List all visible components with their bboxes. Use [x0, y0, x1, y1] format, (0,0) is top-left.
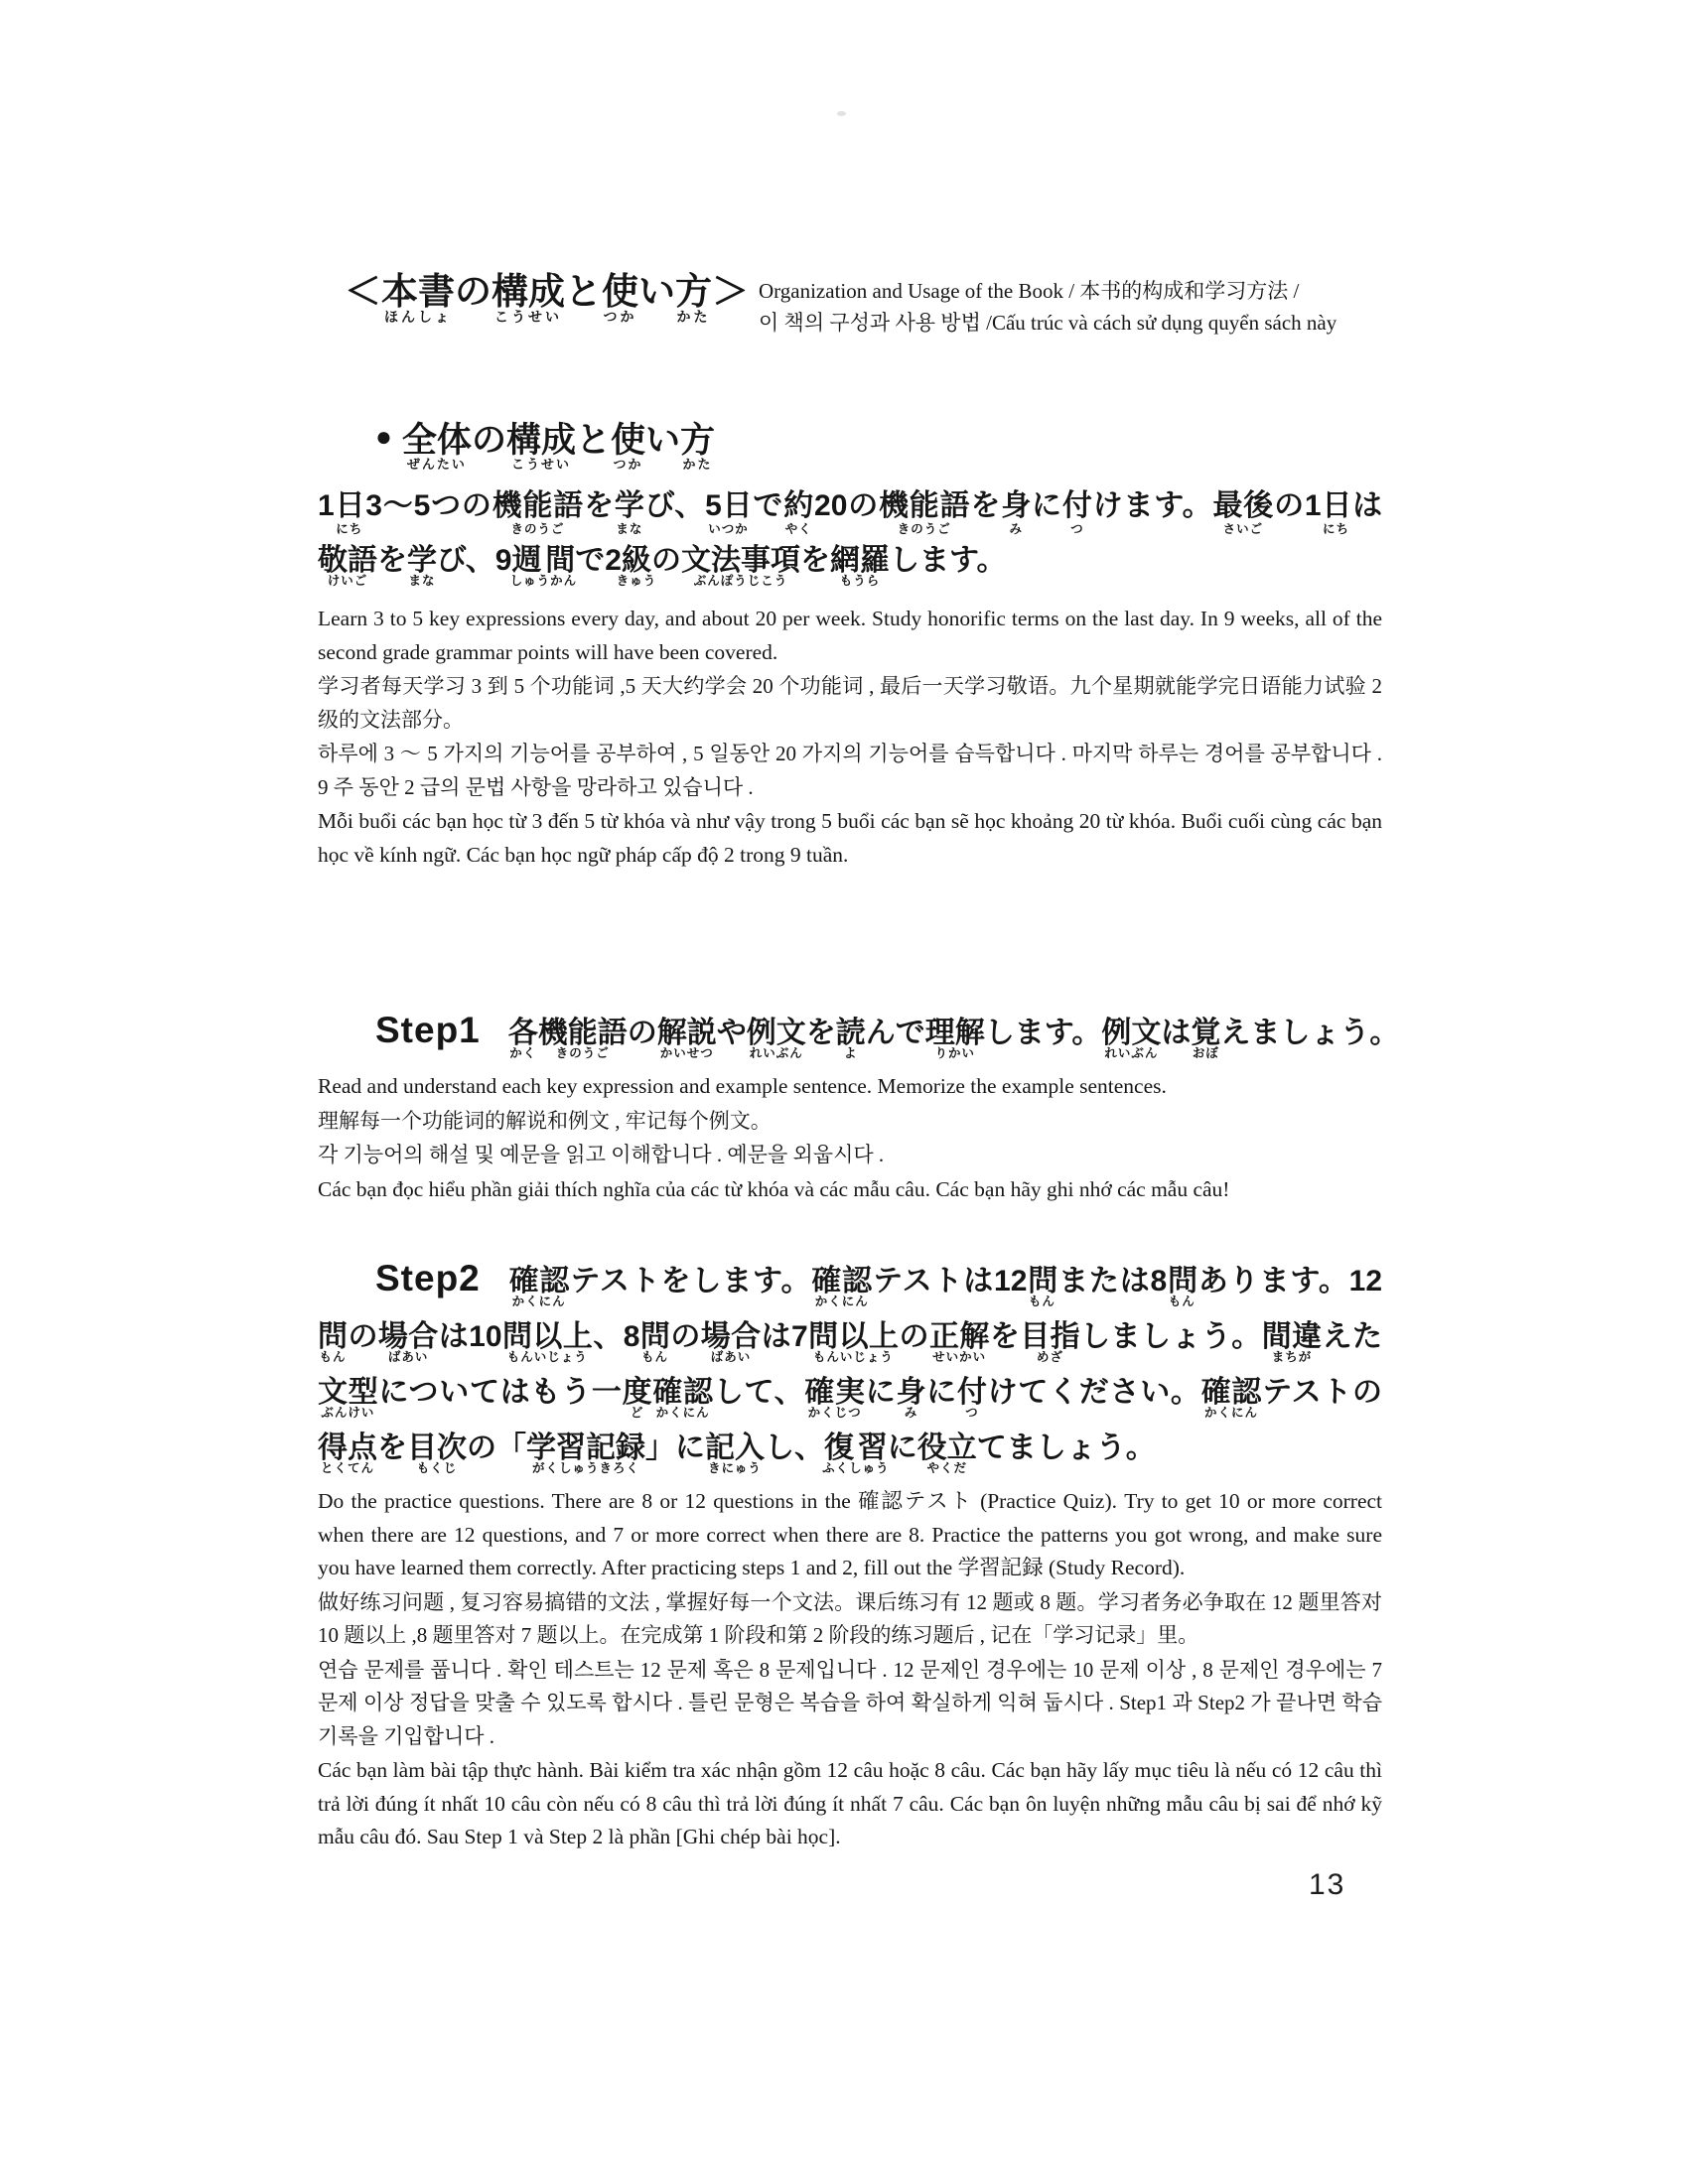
step1-heading: Step1各かく機能語きのうごの解説かいせつや例文れいぶんを読よんで理解りかいし… [318, 1003, 1382, 1061]
step2-section: Step2確認かくにんテストをします。確認かくにんテストは12問もんまたは8問も… [318, 1251, 1382, 1855]
step1-translations: Read and understand each key expression … [318, 1070, 1382, 1206]
overview-heading-text: 全体ぜんたいの構成こうせいと使つかい方かた [402, 421, 715, 460]
step1-japanese-text: 各かく機能語きのうごの解説かいせつや例文れいぶんを読よんで理解りかいします。例文… [508, 1017, 1400, 1049]
step1-korean-text: 각 기능어의 해설 및 예문을 읽고 이해합니다 . 예문을 외웁시다 . [318, 1139, 1382, 1172]
step2-heading: Step2確認かくにんテストをします。確認かくにんテストは12問もんまたは8問も… [318, 1251, 1382, 1476]
page-title-japanese: ＜本書ほんしょの構成こうせいと使つかい方かた＞ [345, 266, 749, 324]
overview-vietnamese-text: Mỗi buổi các bạn học từ 3 đến 5 từ khóa … [318, 805, 1382, 872]
scan-speck [837, 111, 846, 116]
overview-korean-text: 하루에 3 ～ 5 가지의 기능어를 공부하여 , 5 일동안 20 가지의 기… [318, 738, 1382, 804]
title-translation-line2: 이 책의 구성과 사용 방법 /Cấu trúc và cách sử dụng… [759, 307, 1366, 339]
overview-heading: ●全体ぜんたいの構成こうせいと使つかい方かた [375, 412, 1382, 471]
step2-vietnamese-text: Các bạn làm bài tập thực hành. Bài kiểm … [318, 1754, 1382, 1854]
bullet-icon: ● [375, 412, 392, 462]
step1-vietnamese-text: Các bạn đọc hiểu phần giải thích nghĩa c… [318, 1173, 1382, 1207]
overview-english-text: Learn 3 to 5 key expressions every day, … [318, 603, 1382, 669]
page-title-translations: Organization and Usage of the Book / 本书的… [759, 266, 1366, 339]
title-translation-line1: Organization and Usage of the Book / 本书的… [759, 275, 1366, 307]
step1-label: Step1 [375, 1010, 481, 1050]
step2-english-text: Do the practice questions. There are 8 o… [318, 1485, 1382, 1585]
step1-chinese-text: 理解每一个功能词的解说和例文 , 牢记每个例文。 [318, 1105, 1382, 1139]
overview-japanese-text: 1日にち3～5つの機能語きのうごを学まなび、5日いつかで約やく20の機能語きのう… [318, 478, 1382, 588]
overview-section: ●全体ぜんたいの構成こうせいと使つかい方かた 1日にち3～5つの機能語きのうごを… [318, 412, 1382, 873]
step1-section: Step1各かく機能語きのうごの解説かいせつや例文れいぶんを読よんで理解りかいし… [318, 1003, 1382, 1207]
step1-english-text: Read and understand each key expression … [318, 1070, 1382, 1104]
step2-chinese-text: 做好练习问题 , 复习容易搞错的文法 , 掌握好每一个文法。课后练习有 12 题… [318, 1586, 1382, 1653]
step2-translations: Do the practice questions. There are 8 o… [318, 1485, 1382, 1854]
overview-chinese-text: 学习者每天学习 3 到 5 个功能词 ,5 天大约学会 20 个功能词 , 最后… [318, 670, 1382, 737]
step2-label: Step2 [375, 1258, 481, 1298]
overview-translations: Learn 3 to 5 key expressions every day, … [318, 603, 1382, 872]
page-title-row: ＜本書ほんしょの構成こうせいと使つかい方かた＞ Organization and… [345, 266, 1366, 339]
step2-korean-text: 연습 문제를 풉니다 . 확인 테스트는 12 문제 혹은 8 문제입니다 . … [318, 1654, 1382, 1754]
page-number: 13 [1309, 1868, 1345, 1902]
